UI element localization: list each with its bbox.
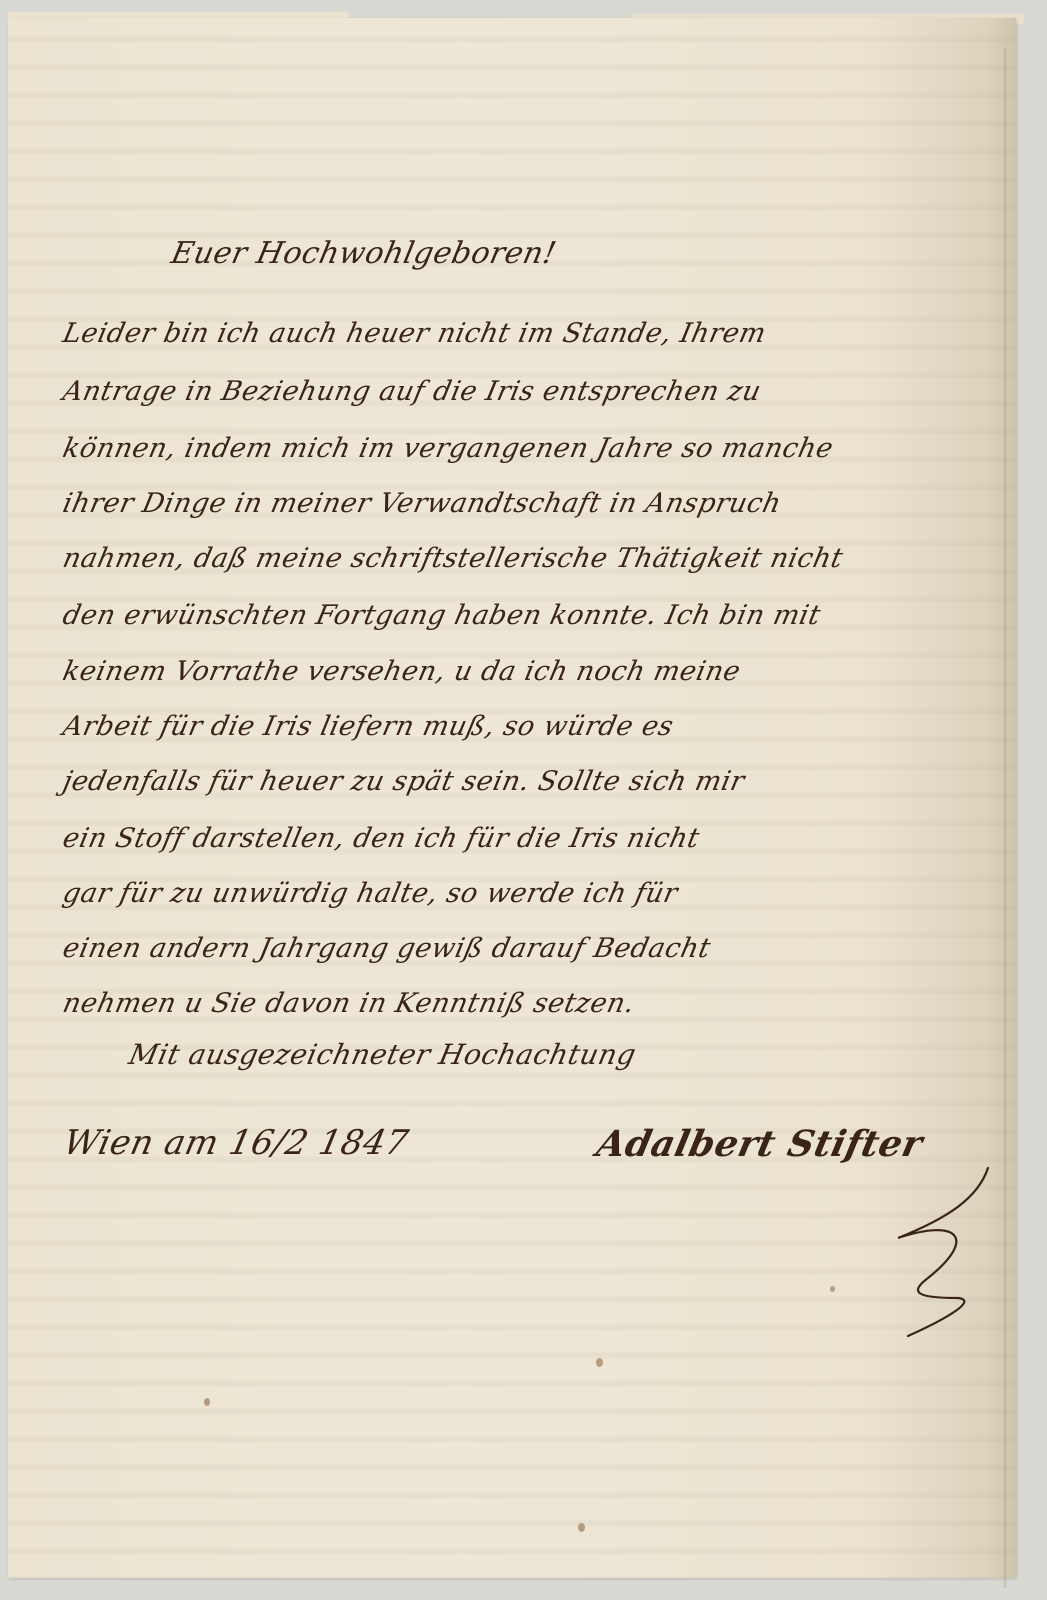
body-line: Leider bin ich auch heuer nicht im Stand… <box>60 318 769 349</box>
salutation: Euer Hochwohlgeboren! <box>168 236 560 271</box>
body-line: ein Stoff darstellen, den ich für die Ir… <box>60 823 702 854</box>
body-line: ihrer Dinge in meiner Verwandtschaft in … <box>60 488 784 519</box>
body-line: jedenfalls für heuer zu spät sein. Sollt… <box>60 766 748 797</box>
ink-stain <box>204 1398 210 1406</box>
signature-flourish-icon <box>838 1158 998 1338</box>
body-line: einen andern Jahrgang gewiß darauf Bedac… <box>60 933 714 964</box>
body-line: Antrage in Beziehung auf die Iris entspr… <box>60 376 764 407</box>
body-line: Arbeit für die Iris liefern muß, so würd… <box>60 711 676 742</box>
letter-content: Euer Hochwohlgeboren! Leider bin ich auc… <box>8 18 1016 1578</box>
closing-phrase: Mit ausgezeichneter Hochachtung <box>126 1038 639 1071</box>
body-line: können, indem mich im vergangenen Jahre … <box>60 433 836 464</box>
place-date: Wien am 16/2 1847 <box>60 1123 412 1163</box>
body-line: nahmen, daß meine schriftstellerische Th… <box>60 543 846 574</box>
body-line: keinem Vorrathe versehen, u da ich noch … <box>60 656 743 687</box>
body-line: gar für zu unwürdig halte, so werde ich … <box>60 878 681 909</box>
ink-stain <box>596 1358 603 1367</box>
ink-stain <box>578 1523 585 1532</box>
ink-stain <box>830 1286 835 1292</box>
body-line: nehmen u Sie davon in Kenntniß setzen. <box>60 988 638 1019</box>
body-line: den erwünschten Fortgang haben konnte. I… <box>60 600 824 631</box>
letter-sheet: Euer Hochwohlgeboren! Leider bin ich auc… <box>8 18 1016 1578</box>
